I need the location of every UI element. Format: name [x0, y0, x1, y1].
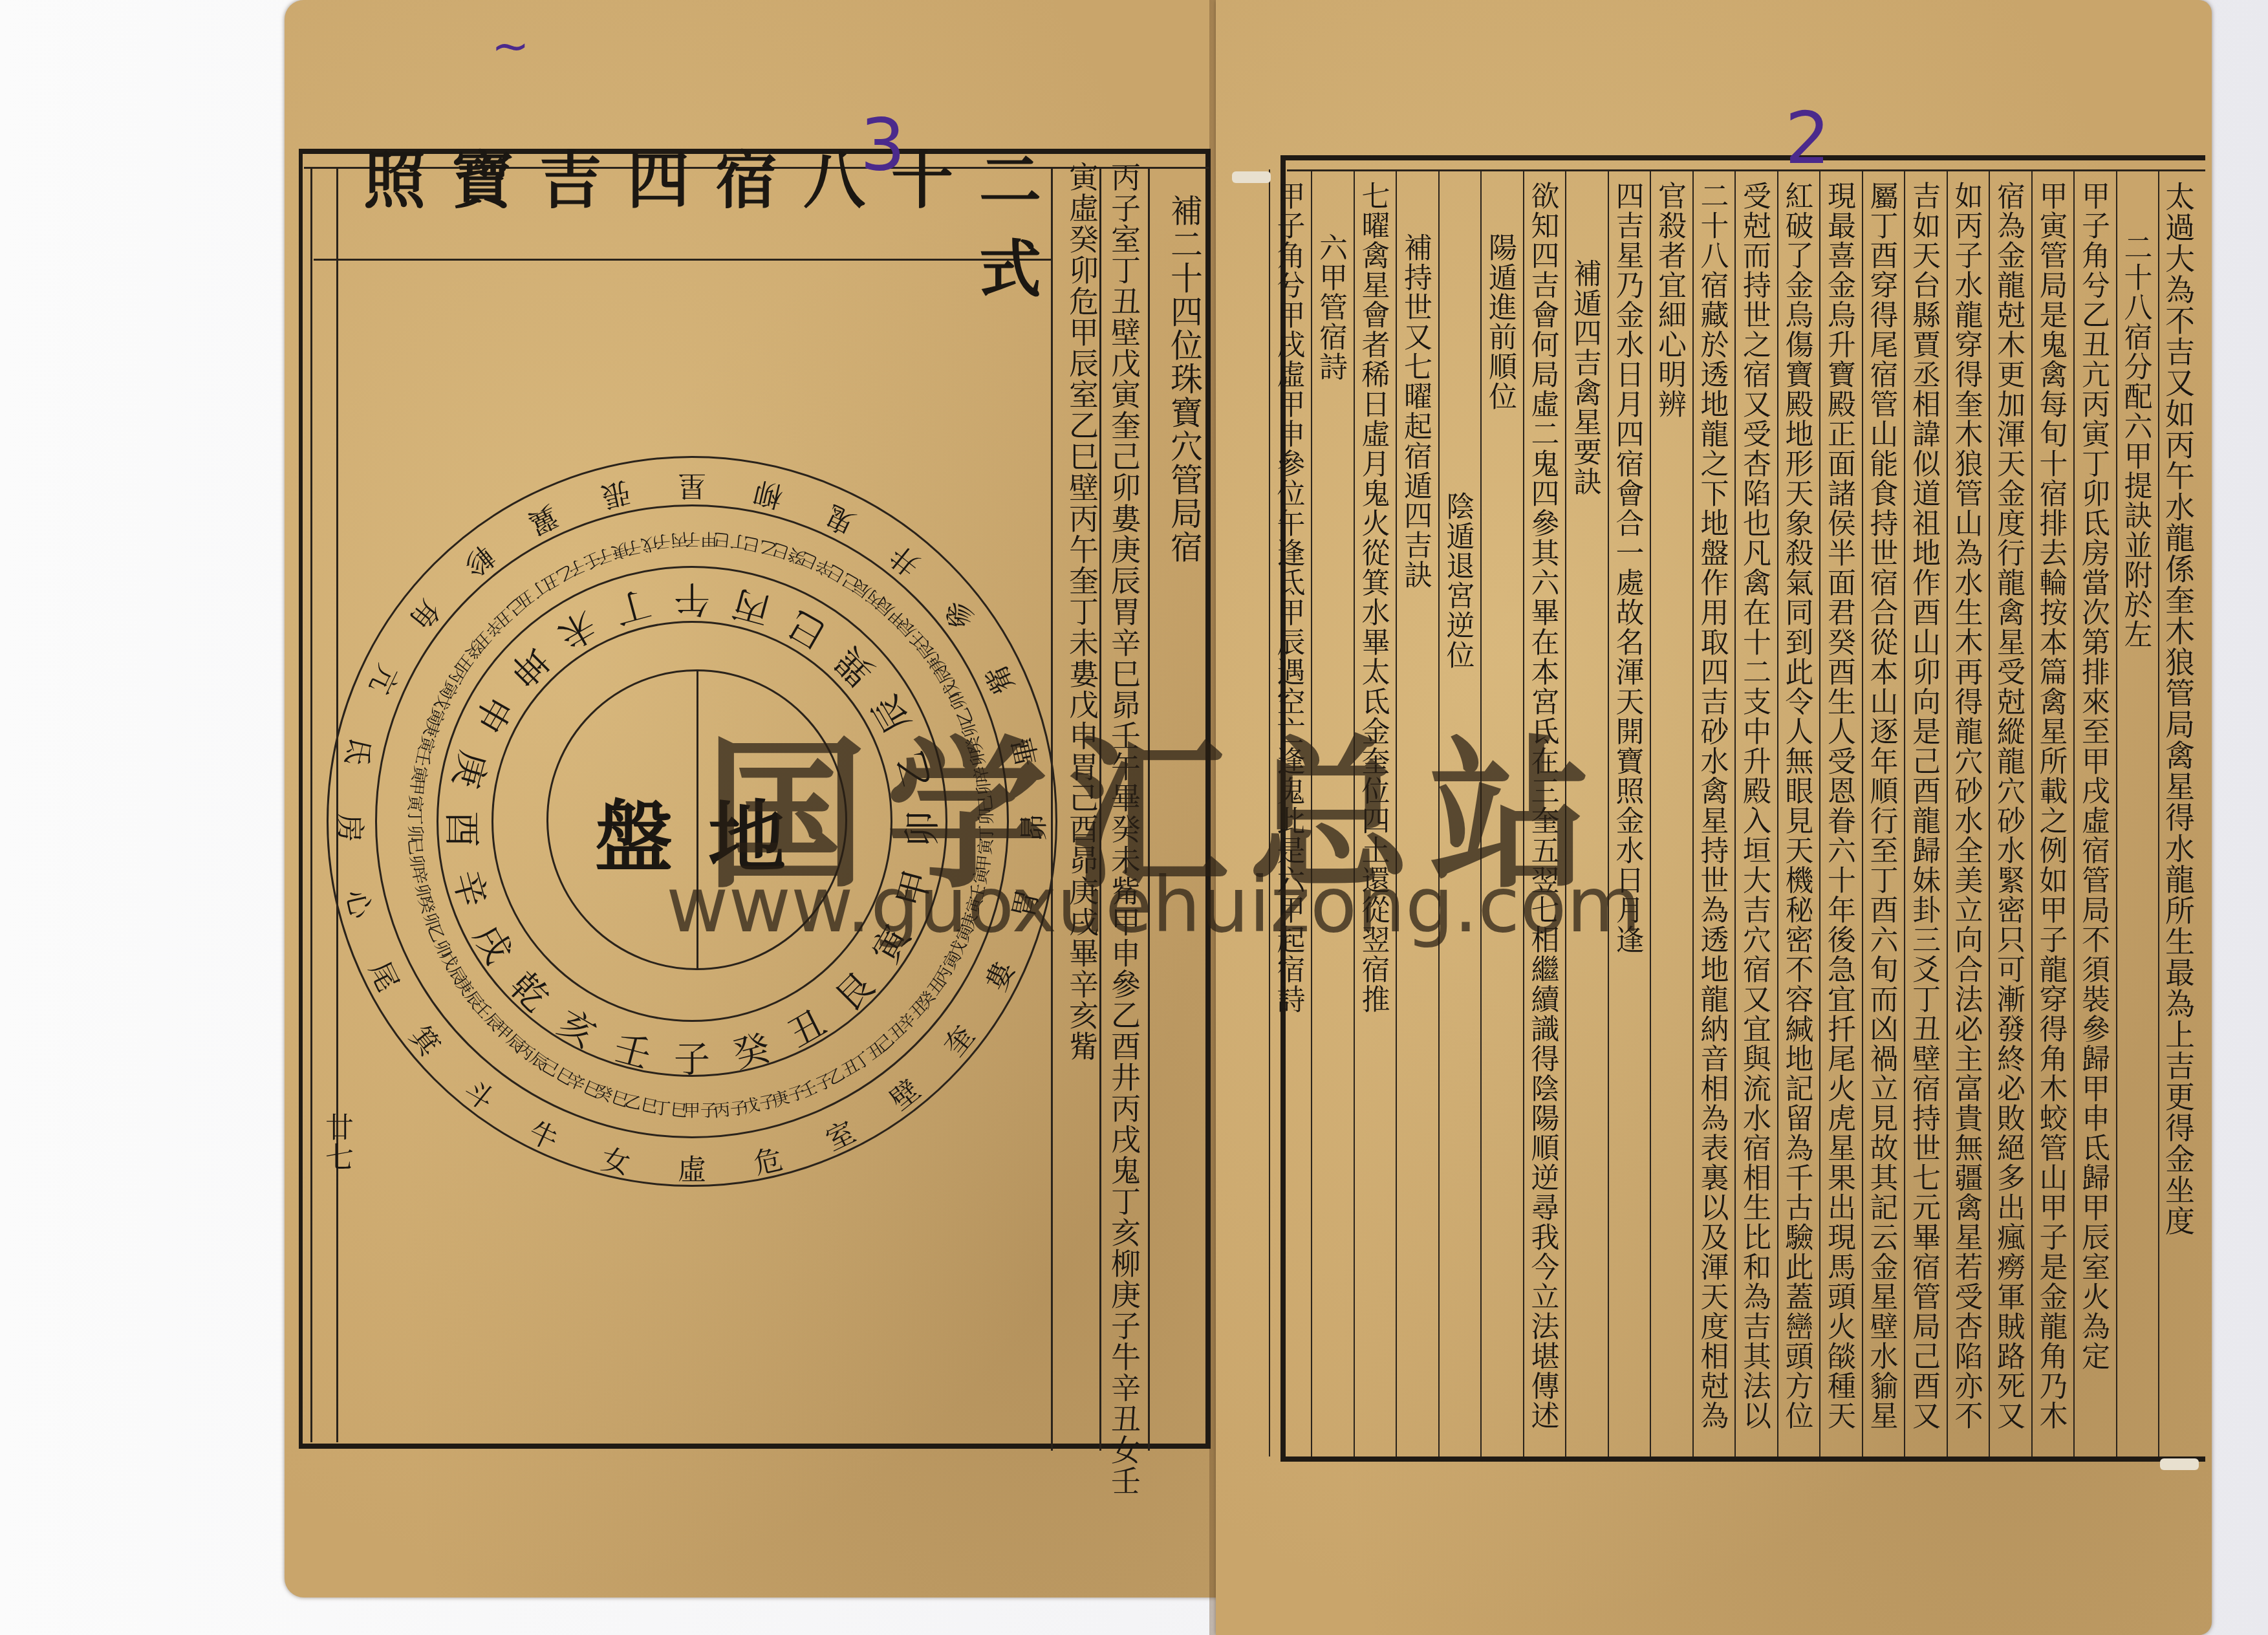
text-column: 六甲管宿詩 — [1316, 233, 1345, 382]
text-column: 四吉星乃金水日月四宿會合一處故名渾天開寶照金水日月逢 — [1613, 181, 1641, 955]
column-rule — [1819, 169, 1820, 1456]
text-column: 如丙子水龍穿得奎木狼管山為水生木再得龍穴砂水全美立向合法必主富貴無疆禽星若受杏陷… — [1952, 181, 1980, 1431]
column-rule — [2031, 169, 2033, 1456]
column-rule — [2158, 169, 2159, 1456]
text-column: 太過大為不吉又如丙午水龍係奎木狼管局禽星得水龍所生最為上吉更得金坐度 — [2163, 181, 2193, 1237]
text-column: 吉如天台縣賈丞相諱似道祖地作酉山卯向是己酉龍歸妹卦三爻丁丑壁宿持世七元畢宿管局己… — [1909, 181, 1938, 1431]
column-rule — [1989, 169, 1990, 1456]
binding-thread — [1232, 171, 1271, 183]
text-column: 補持世又七曜起宿遁四吉訣 — [1401, 233, 1429, 590]
text-column: 陰遁退宮逆位 — [1443, 492, 1472, 670]
column-rule — [1777, 169, 1778, 1456]
page-title: 二十八宿四吉寶照式 — [336, 175, 1067, 265]
text-column: 紅破了金烏傷寶殿地形天象殺氣同到此令人無眼見天機秘密不容緘地記留為千古驗此蓋巒頭… — [1782, 181, 1811, 1431]
text-column: 二十八宿分配六甲提訣並附於左 — [2121, 233, 2150, 649]
watermark-url: www.guoxuehuizong.com — [666, 860, 1641, 949]
column-rule — [1650, 169, 1651, 1456]
column-rule — [1904, 169, 1905, 1456]
right-top-rule — [1287, 169, 2205, 171]
ring-glyph: 丁巳 — [712, 528, 748, 556]
ring-glyph: 丁巳 — [653, 1094, 689, 1121]
text-column: 甲子角兮乙丑亢丙寅丁卯氐房當次第排來至甲戌虛宿管局不須裝參歸甲申氐歸甲辰室火為定 — [2079, 181, 2107, 1371]
column-rule — [1862, 169, 1863, 1456]
text-column: 宿為金龍尅木更加渾天金度行龍禽星受尅縱龍穴砂水緊密只可漸發終必敗絕多出瘋癆軍賊路… — [1994, 181, 2022, 1431]
text-column: 官殺者宜細心明辨 — [1655, 181, 1683, 419]
column-rule — [1947, 169, 1948, 1456]
text-column: 二十八宿藏於透地龍之下地盤作用取四吉砂水禽星持世為透地龍納音相為表裏以及渾天度相… — [1698, 181, 1726, 1431]
ring-glyph: 午 — [674, 576, 710, 627]
ring-glyph: 子 — [674, 1031, 710, 1083]
ring-glyph: 星 — [678, 468, 706, 509]
text-column: 陽遁進前順位 — [1485, 233, 1514, 411]
ring-glyph: 房 — [332, 814, 373, 842]
ring-glyph: 虛 — [678, 1147, 706, 1188]
center-label-pan: 盤 — [595, 776, 673, 887]
column-rule — [2116, 169, 2117, 1456]
text-column: 現最喜金烏升寶殿正面諸侯半面君癸酉生人受恩眷六十年後急宜扦尾火虎星果出現馬頭火燄… — [1824, 181, 1853, 1431]
ring-glyph: 甲子 — [684, 528, 717, 552]
handwritten-page-mark: 3 — [860, 103, 905, 186]
binding-thread — [2160, 1458, 2199, 1470]
column-rule — [2073, 169, 2075, 1456]
text-column: 甲寅管局是鬼禽每旬十宿排去輪按本篇禽星所載之例如甲子龍穿得角木蛟管山甲子是金龍角… — [2036, 181, 2065, 1431]
handwritten-page-mark: 2 — [1785, 97, 1830, 180]
pen-squiggle: ~ — [491, 19, 530, 72]
text-column: 補遁四吉禽星要訣 — [1570, 259, 1599, 497]
left-margin-rule — [310, 168, 312, 1442]
ring-glyph: 酉 — [438, 811, 490, 847]
column-rule — [1692, 169, 1694, 1456]
text-column: 受尅而持世之宿又受杏陷也凡禽在十二支中升殿入垣大吉穴宿又宜與流水宿相生比和為吉其… — [1740, 181, 1768, 1431]
column-rule — [1734, 169, 1736, 1456]
text-column: 屬丁酉穿得尾宿管山能食持世宿合從本山逐年順行至丁酉六旬而凶禍立見故其記云金星壁水… — [1867, 181, 1895, 1431]
text-column: 補二十四位珠寶穴管局宿 — [1161, 194, 1207, 564]
